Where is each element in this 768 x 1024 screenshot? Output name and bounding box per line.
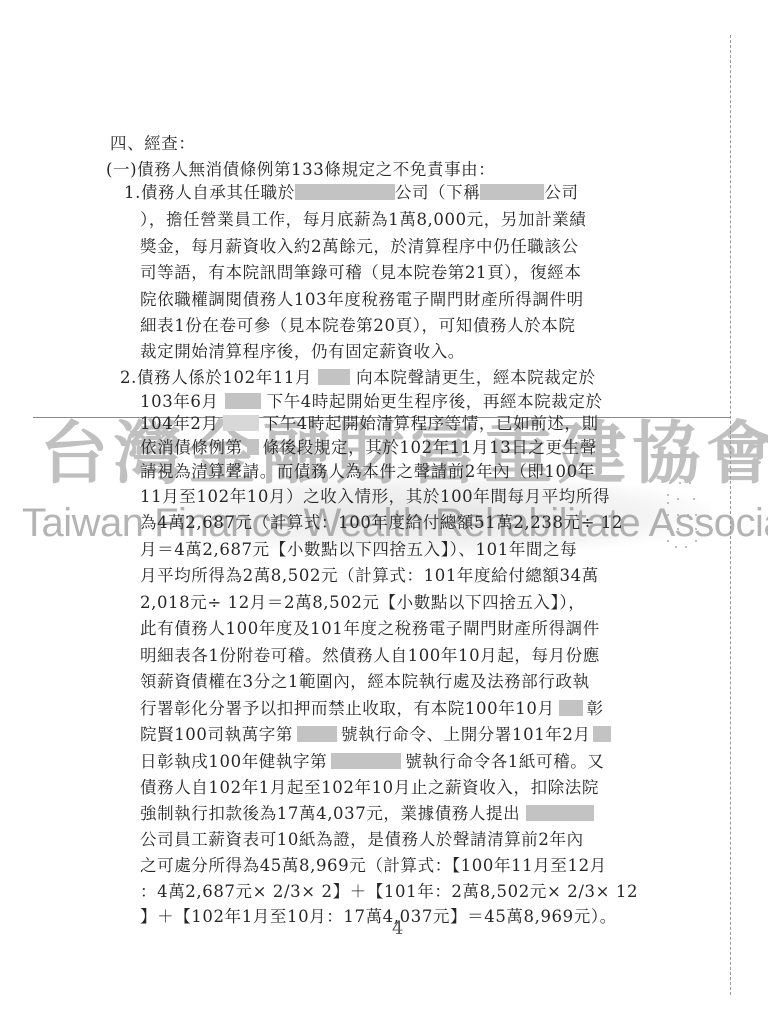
item2-line-15: 院賢100司執萬字第號執行命令、上開分署101年2月 <box>140 724 611 746</box>
item2-line-14: 行署彰化分署予以扣押而禁止收取，有本院100年10月彰 <box>140 698 604 720</box>
item2-line-21: ：4萬2,687元× 2/3× 2】＋【101年：2萬8,502元× 2/3× … <box>140 881 638 903</box>
item2-line-6: 11月至102年10月）之收入情形，其於100年間每月平均所得 <box>140 486 610 508</box>
item2-line-20: 之可處分所得為45萬8,969元（計算式：【100年11月至12月 <box>140 855 607 877</box>
text-run: 行署彰化分署予以扣押而禁止收取，有本院100年10月 <box>140 699 555 718</box>
section-heading: 四、經查： <box>110 133 196 155</box>
item1-line-2: ），擔任營業員工作，每月底薪為1萬8,000元，另加計業績 <box>140 209 586 231</box>
text-run: 103年6月 <box>140 392 219 411</box>
item2-line-2: 103年6月下午4時起開始更生程序後，再經本院裁定於 <box>140 391 603 413</box>
text-run: 公司 <box>544 183 578 202</box>
text-run: 向本院聲請更生，經本院裁定於 <box>356 368 595 387</box>
text-run: 日彰執戌100年健執字第 <box>140 752 327 771</box>
margin-dashed-line <box>730 35 731 995</box>
item2-line-22: 】＋【102年1月至10月：17萬4,037元】＝45萬8,969元）。 <box>140 906 617 928</box>
item2-line-1: 2.債務人係於102年11月向本院聲請更生，經本院裁定於 <box>120 367 596 389</box>
text-run: 彰 <box>587 699 604 718</box>
text-run: 104年2月 <box>140 414 219 433</box>
item2-line-13: 領薪資債權在3分之1範圍內，經本院執行處及法務部行政執 <box>140 671 590 693</box>
redaction-box <box>331 753 401 769</box>
item2-line-4: 依消債條例第條後段規定，其於102年11月13日之更生聲 <box>140 437 597 459</box>
dotted-seal-mark <box>665 462 705 562</box>
redaction-box <box>297 726 337 742</box>
redaction-box <box>559 700 583 716</box>
page-number: 4 <box>392 918 403 939</box>
redaction-box <box>480 184 544 200</box>
watermark-char: 台 <box>40 415 114 495</box>
item2-line-8: 月＝4萬2,687元【小數點以下四捨五入】）、101年間之每 <box>140 539 577 561</box>
item2-line-12: 明細表各1份附卷可稽。然債務人自100年10月起，每月份應 <box>140 645 600 667</box>
watermark-char: 會 <box>706 415 768 495</box>
text-run: 2.債務人係於102年11月 <box>120 368 312 387</box>
item2-line-5: 請視為清算聲請。而債務人為本件之聲請前2年內（即100年 <box>140 461 595 483</box>
redaction-box <box>318 369 350 385</box>
text-run: 號執行命令、上開分署101年2月 <box>341 725 591 744</box>
subsection-heading: (一)債務人無消債條例第133條規定之不免責事由： <box>106 159 495 181</box>
item2-line-17: 債務人自102年1月起至102年10月止之薪資收入，扣除法院 <box>140 777 599 799</box>
item2-line-7: 為4萬2,687元（計算式：100年度給付總額51萬2,238元÷ 12 <box>140 512 623 534</box>
item1-line-7: 裁定開始清算程序後，仍有固定薪資收入。 <box>140 341 465 363</box>
item1-line-4: 司等語，有本院訊問筆錄可稽（見本院卷第21頁），復經本 <box>140 262 581 284</box>
item1-line-6: 細表1份在卷可參（見本院卷第20頁），可知債務人於本院 <box>140 315 575 337</box>
text-run: 條後段規定，其於102年11月13日之更生聲 <box>263 438 597 457</box>
text-run: 下午4時起開始更生程序後，再經本院裁定於 <box>267 392 603 411</box>
item2-line-11: 此有債務人100年度及101年度之稅務電子閘門財產所得調件 <box>140 618 600 640</box>
item1-line-5: 院依職權調閱債務人103年度稅務電子閘門財產所得調件明 <box>140 289 584 311</box>
text-run: 強制執行扣款後為17萬4,037元，業據債務人提出 <box>140 804 520 823</box>
text-run: 公司（下稱 <box>395 183 481 202</box>
redaction-box <box>295 184 395 200</box>
redaction-box <box>223 415 259 431</box>
text-run: 下午4時起開始清算程序等情，已如前述，則 <box>263 414 599 433</box>
item1-line-1: 1.債務人自承其任職於公司（下稱公司 <box>124 182 579 204</box>
item2-line-19: 公司員工薪資表可10紙為證，是債務人於聲請清算前2年內 <box>140 829 584 851</box>
text-run: 依消債條例第 <box>140 438 243 457</box>
redaction-box <box>593 726 611 742</box>
text-run: 號執行命令各1紙可稽。又 <box>405 752 604 771</box>
redaction-box <box>247 439 259 455</box>
text-run: 院賢100司執萬字第 <box>140 725 293 744</box>
document-page: 台 灣 金 融 財 富 重 建 協 會 Taiwan Finance Wealt… <box>0 0 768 1024</box>
redaction-box <box>225 393 261 409</box>
item2-line-9: 月平均所得為2萬8,502元（計算式：101年度給付總額34萬 <box>140 565 599 587</box>
item2-line-10: 2,018元÷ 12月＝2萬8,502元【小數點以下四捨五入】）， <box>140 592 585 614</box>
item2-line-16: 日彰執戌100年健執字第號執行命令各1紙可稽。又 <box>140 751 604 773</box>
text-run: 1.債務人自承其任職於 <box>124 183 295 202</box>
item2-line-18: 強制執行扣款後為17萬4,037元，業據債務人提出 <box>140 803 594 825</box>
redaction-box <box>526 805 594 821</box>
item2-line-3: 104年2月下午4時起開始清算程序等情，已如前述，則 <box>140 413 599 435</box>
item1-line-3: 獎金，每月薪資收入約2萬餘元，於清算程序中仍任職該公 <box>140 236 579 258</box>
